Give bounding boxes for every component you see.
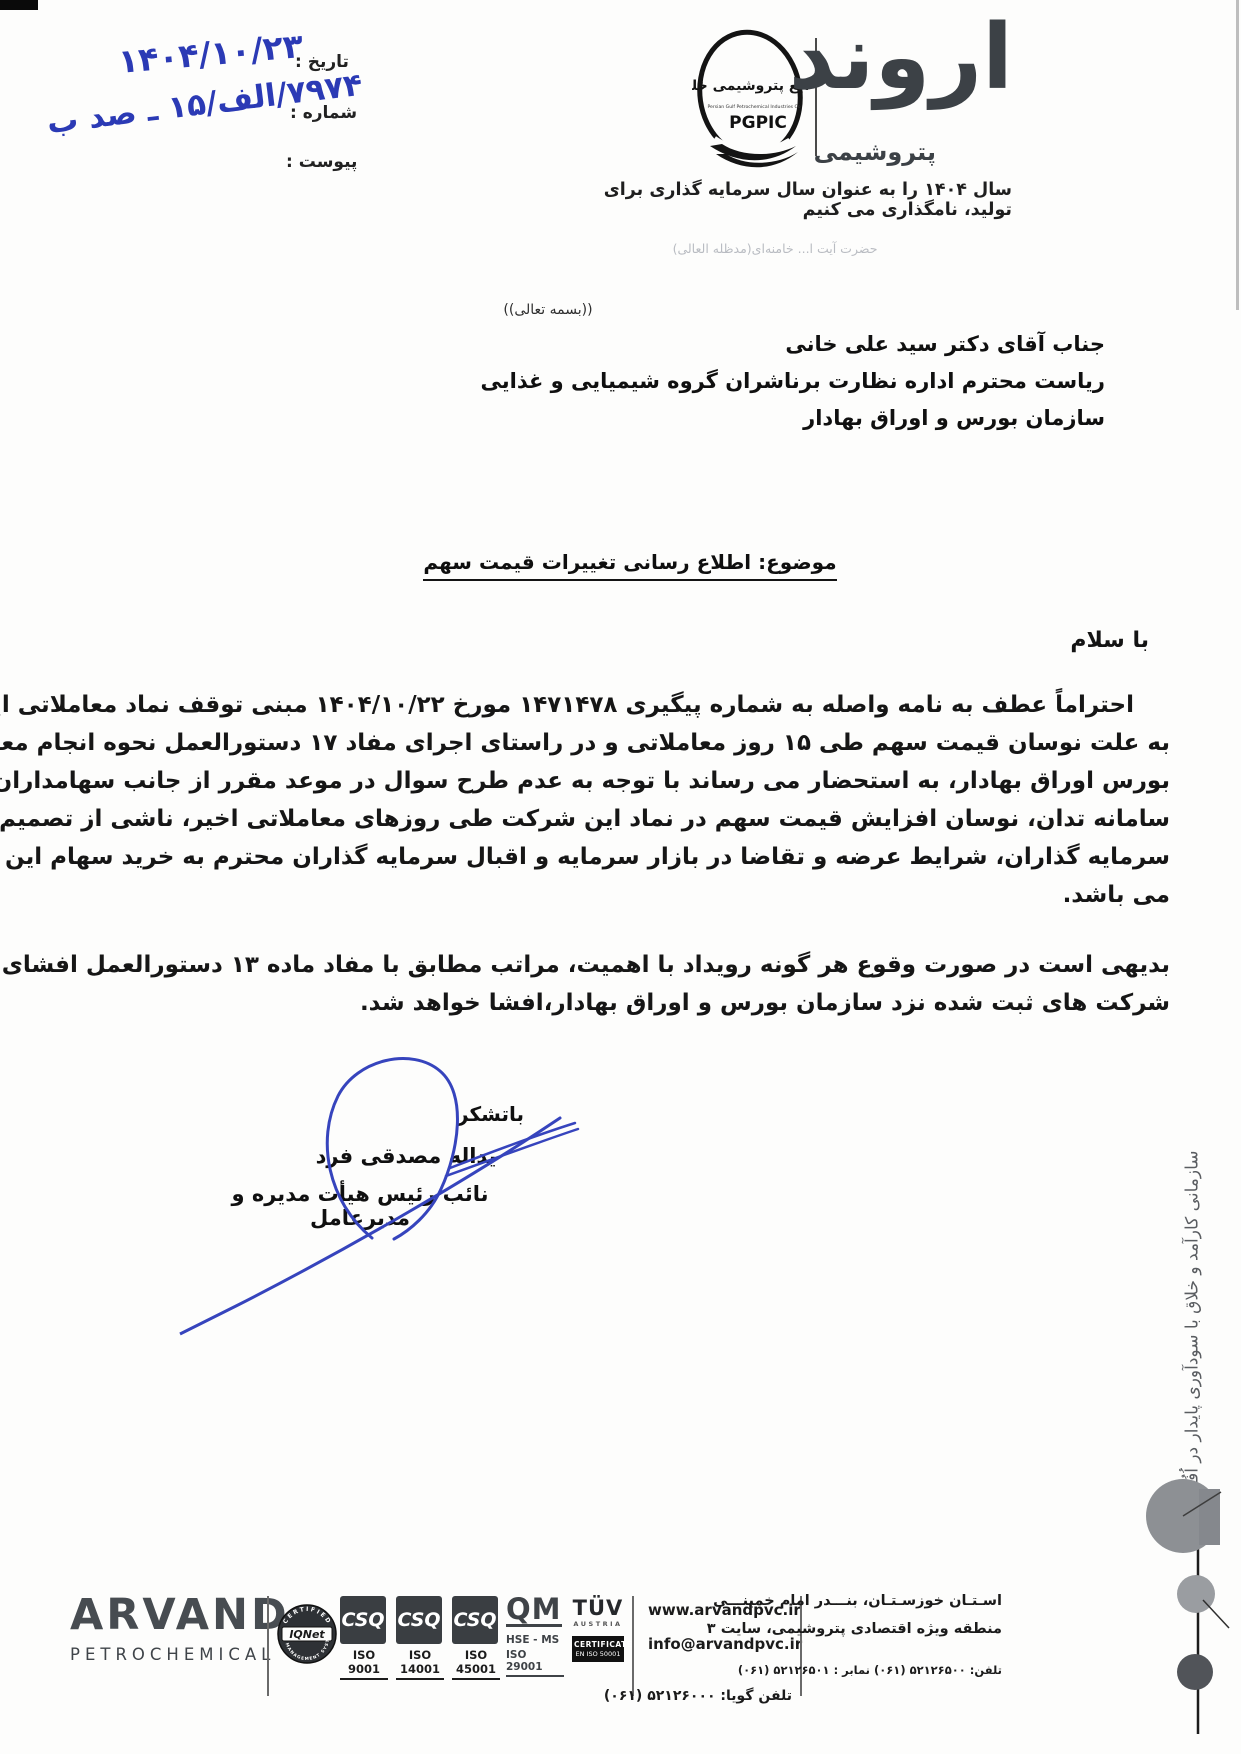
csq-badge-iso9001: CSQ ISO 9001 — [340, 1596, 388, 1680]
csq-logo: CSQ — [396, 1596, 442, 1644]
scanned-letter-page: تاریخ : ۱۴۰۴/۱۰/۲۳ شماره : ۷۹۷۴/الف/۱۵ ـ… — [0, 0, 1241, 1754]
decor-medium-circle — [1177, 1575, 1215, 1613]
subject-line: موضوع: اطلاع رسانی تغییرات قیمت سهم — [330, 550, 930, 581]
iso-label: ISO 45001 — [452, 1648, 500, 1680]
header-attribution: حضرت آیت ا... خامنه‌ای(مدظله العالی) — [660, 241, 890, 256]
body-line: احتراماً عطف به نامه واصله به شماره پیگی… — [92, 686, 1170, 724]
arvand-logo-name: اروند — [818, 2, 1013, 115]
footer-address-block: اسـتـان خوزسـتـان، بنـــدر امام خمینـــی… — [806, 1592, 1002, 1677]
recipient-name: جناب آقای دکتر سید علی خانی — [405, 326, 1105, 363]
side-slogan-vertical: سازمانی کارآمد و خلاق با سودآوری پایدار … — [1183, 1151, 1209, 1496]
footer-divider — [800, 1596, 802, 1696]
body-line: سامانه تدان، نوسان افزایش قیمت سهم در نم… — [92, 800, 1170, 838]
signature-name: یداله مصدقی فرد — [296, 1144, 516, 1168]
tuv-certificate-label: CERTIFICATE — [574, 1640, 622, 1649]
footer-contact-block: www.arvandpvc.ir info@arvandpvc.ir تلفن … — [640, 1596, 792, 1704]
subject-text: موضوع: اطلاع رسانی تغییرات قیمت سهم — [423, 550, 836, 581]
recipient-block: جناب آقای دکتر سید علی خانی ریاست محترم … — [405, 326, 1105, 437]
pgpic-subtitle: Persian Gulf Petrochemical Industries Co — [707, 104, 800, 110]
iso-label: ISO 14001 — [396, 1648, 444, 1680]
body-paragraph-1: احتراماً عطف به نامه واصله به شماره پیگی… — [92, 686, 1170, 914]
signature-closing: باتشکر — [404, 1102, 524, 1126]
csq-badge-iso14001: CSQ ISO 14001 — [396, 1596, 444, 1680]
tuv-certificate-standard: EN ISO 50001 — [574, 1650, 622, 1658]
signature-title: نائب رئیس هیأت مدیره و مدیرعامل — [210, 1182, 510, 1230]
footer-divider — [267, 1596, 269, 1696]
pgpic-acronym: PGPIC — [729, 113, 787, 133]
attachment-label: پیوست : — [286, 152, 357, 172]
body-line: شرکت های ثبت شده نزد سازمان بورس و اوراق… — [92, 984, 1170, 1022]
address-line-2: منطقه ویژه اقتصادی پتروشیمی، سایت ۳ — [806, 1620, 1002, 1639]
body-line: بدیهی است در صورت وقوع هر گونه رویداد با… — [92, 946, 1170, 984]
bismillah: ((بسمه تعالی)) — [488, 302, 608, 318]
body-paragraph-2: بدیهی است در صورت وقوع هر گونه رویداد با… — [92, 946, 1170, 1022]
tuv-logo: TÜV — [572, 1596, 624, 1620]
body-line: به علت نوسان قیمت سهم طی ۱۵ روز معاملاتی… — [92, 724, 1170, 762]
body-line: می باشد. — [92, 876, 1170, 914]
tuv-badge: TÜV AUSTRIA CERTIFICATE EN ISO 50001 — [572, 1596, 624, 1662]
salutation: با سلام — [1070, 628, 1149, 653]
qm-badge: QM HSE - MS ISO 29001 — [506, 1594, 564, 1677]
iso-label: ISO 9001 — [340, 1648, 388, 1680]
address-phone-fax: تلفن: ۵۲۱۲۶۵۰۰ (۰۶۱) نمابر : ۵۲۱۲۶۵۰۱ (۰… — [806, 1663, 1002, 1677]
footer-arvand-logo: ARVAND PETROCHEMICAL — [70, 1592, 260, 1664]
csq-logo: CSQ — [340, 1596, 386, 1644]
qm-hse-label: HSE - MS — [506, 1634, 564, 1646]
scan-edge-line — [1236, 0, 1239, 310]
recipient-title: ریاست محترم اداره نظارت برناشران گروه شی… — [405, 363, 1105, 400]
date-value-handwritten: ۱۴۰۴/۱۰/۲۳ — [117, 26, 305, 81]
csq-logo: CSQ — [452, 1596, 498, 1644]
footer-arvand-name: ARVAND — [70, 1592, 260, 1639]
number-value-handwritten: ۷۹۷۴/الف/۱۵ ـ صد ب — [45, 67, 364, 141]
footer-divider — [632, 1596, 634, 1696]
body-line: بورس اوراق بهادار، به استحضار می رساند ب… — [92, 762, 1170, 800]
footer-arvand-subtitle: PETROCHEMICAL — [70, 1645, 260, 1664]
qm-logo: QM — [506, 1594, 562, 1627]
body-line: سرمایه گذاران، شرایط عرضه و تقاضا در باز… — [92, 838, 1170, 876]
iqnet-badge: CERTIFIED IQNet MANAGEMENT SYSTEM — [276, 1600, 338, 1678]
address-line-1: اسـتـان خوزسـتـان، بنـــدر امام خمینـــی — [806, 1592, 1002, 1611]
csq-badge-iso45001: CSQ ISO 45001 — [452, 1596, 500, 1680]
scan-corner-mark — [0, 0, 38, 10]
header-slogan: سال ۱۴۰۴ را به عنوان سال سرمایه گذاری بر… — [560, 180, 1012, 220]
iqnet-center: IQNet — [289, 1628, 325, 1641]
recipient-org: سازمان بورس و اوراق بهادار — [405, 400, 1105, 437]
tuv-region-label: AUSTRIA — [572, 1620, 624, 1628]
voice-phone-text: تلفن گویا: ۵۲۱۲۶۰۰۰ (۰۶۱) — [640, 1688, 792, 1704]
decor-dark-circle — [1177, 1654, 1213, 1690]
arvand-logo-subtitle: پتروشیمی — [826, 138, 936, 166]
qm-iso-label: ISO 29001 — [506, 1649, 564, 1677]
tuv-certificate-box: CERTIFICATE EN ISO 50001 — [572, 1636, 624, 1662]
